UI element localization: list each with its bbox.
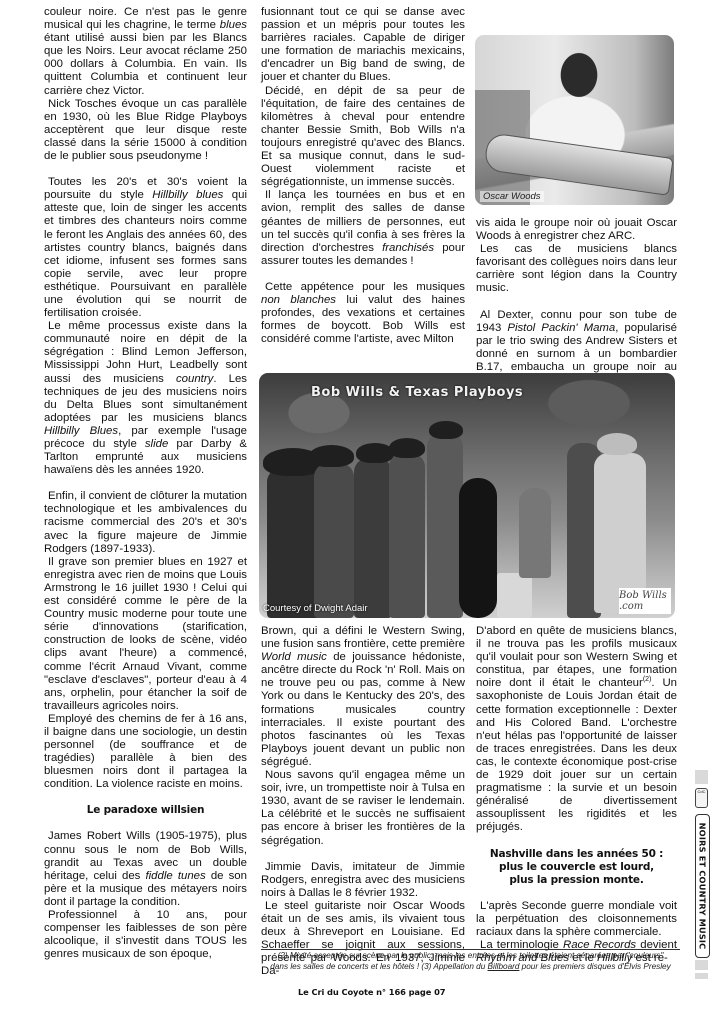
paragraph: Brown, qui a défini le Western Swing, un… bbox=[261, 625, 465, 769]
paragraph: Nous savons qu'il engagea même un soir, … bbox=[261, 769, 465, 848]
heading-line: plus la pression monte. bbox=[476, 874, 677, 887]
amplifier-shape bbox=[497, 573, 532, 618]
side-tab-bar bbox=[695, 770, 708, 784]
magazine-logo-chip: CdC bbox=[695, 788, 708, 808]
figure-shape bbox=[389, 453, 425, 618]
bob-wills-logo: Bob Wills .com bbox=[619, 588, 671, 614]
side-tab-bar bbox=[695, 960, 708, 970]
section-label-text: NOIRS ET COUNTRY MUSIC bbox=[698, 823, 708, 950]
paragraph: vis aida le groupe noir où jouait Oscar … bbox=[476, 217, 677, 243]
figure-shape bbox=[354, 458, 392, 618]
double-bass-shape bbox=[459, 478, 497, 618]
footnote-line: dans les salles de concerts et les hôtel… bbox=[258, 962, 683, 973]
paragraph: D'abord en quête de musiciens blancs, il… bbox=[476, 625, 677, 835]
heading-line: Nashville dans les années 50 : bbox=[476, 848, 677, 861]
side-tab: CdC bbox=[695, 788, 708, 811]
paragraph: Professionnel à 10 ans, pour compenser l… bbox=[44, 909, 247, 961]
hat-shape bbox=[597, 433, 637, 455]
paragraph: couleur noire. Ce n'est pas le genre mus… bbox=[44, 6, 247, 98]
photo-credit: Courtesy of Dwight Adair bbox=[263, 603, 368, 614]
section-heading: Nashville dans les années 50 : plus le c… bbox=[476, 848, 677, 887]
hat-shape bbox=[429, 421, 463, 439]
paragraph: Cette appétence pour les musiques non bl… bbox=[261, 281, 465, 346]
footnote-divider bbox=[261, 949, 680, 950]
article-column-3-lower: D'abord en quête de musiciens blancs, il… bbox=[476, 625, 677, 965]
photo-caption: Oscar Woods bbox=[480, 191, 544, 202]
bob-wills-band-photo: Bob Wills & Texas Playboys Courtesy of D… bbox=[259, 373, 675, 618]
figure-shape bbox=[519, 488, 551, 578]
paragraph: Employé des chemins de fer à 16 ans, il … bbox=[44, 713, 247, 792]
paragraph: Il lança les tournées en bus et en avion… bbox=[261, 189, 465, 268]
article-column-1: couleur noire. Ce n'est pas le genre mus… bbox=[44, 6, 247, 961]
photo-title: Bob Wills & Texas Playboys bbox=[311, 385, 523, 400]
hat-shape bbox=[389, 438, 425, 458]
article-column-3: vis aida le groupe noir où jouait Oscar … bbox=[476, 217, 677, 387]
paragraph: fusionnant tout ce qui se danse avec pas… bbox=[261, 6, 465, 85]
hat-shape bbox=[309, 445, 354, 467]
paragraph: Il grave son premier blues en 1927 et en… bbox=[44, 556, 247, 713]
section-heading: Le paradoxe willsien bbox=[44, 804, 247, 817]
page-folio: Le Cri du Coyote n° 166 page 07 bbox=[298, 987, 445, 997]
paragraph: Le même processus existe dans la communa… bbox=[44, 320, 247, 477]
side-tab-bar bbox=[695, 973, 708, 979]
figure-shape bbox=[427, 433, 463, 618]
paragraph: Enfin, il convient de clôturer la mutati… bbox=[44, 490, 247, 555]
article-column-2: fusionnant tout ce qui se danse avec pas… bbox=[261, 6, 465, 346]
article-column-2-lower: Brown, qui a défini le Western Swing, un… bbox=[261, 625, 465, 978]
paragraph: Jimmie Davis, imitateur de Jimmie Rodger… bbox=[261, 861, 465, 900]
heading-line: plus le couvercle est lourd, bbox=[476, 861, 677, 874]
paragraph: Les cas de musiciens blancs favorisant d… bbox=[476, 243, 677, 295]
paragraph: Décidé, en dépit de sa peur de l'équitat… bbox=[261, 85, 465, 190]
oscar-woods-photo: Oscar Woods bbox=[475, 35, 674, 205]
footnote-line: (2) Mixité acceptée sur scène par le pub… bbox=[258, 951, 683, 962]
paragraph: L'après Seconde guerre mondiale voit la … bbox=[476, 900, 677, 939]
figure-shape bbox=[314, 463, 354, 618]
paragraph: Nick Tosches évoque un cas parallèle en … bbox=[44, 98, 247, 163]
section-side-label: NOIRS ET COUNTRY MUSIC bbox=[695, 814, 710, 958]
footnotes: (2) Mixité acceptée sur scène par le pub… bbox=[258, 951, 683, 972]
paragraph: James Robert Wills (1905-1975), plus con… bbox=[44, 830, 247, 909]
paragraph: Toutes les 20's et 30's voient la poursu… bbox=[44, 176, 247, 320]
